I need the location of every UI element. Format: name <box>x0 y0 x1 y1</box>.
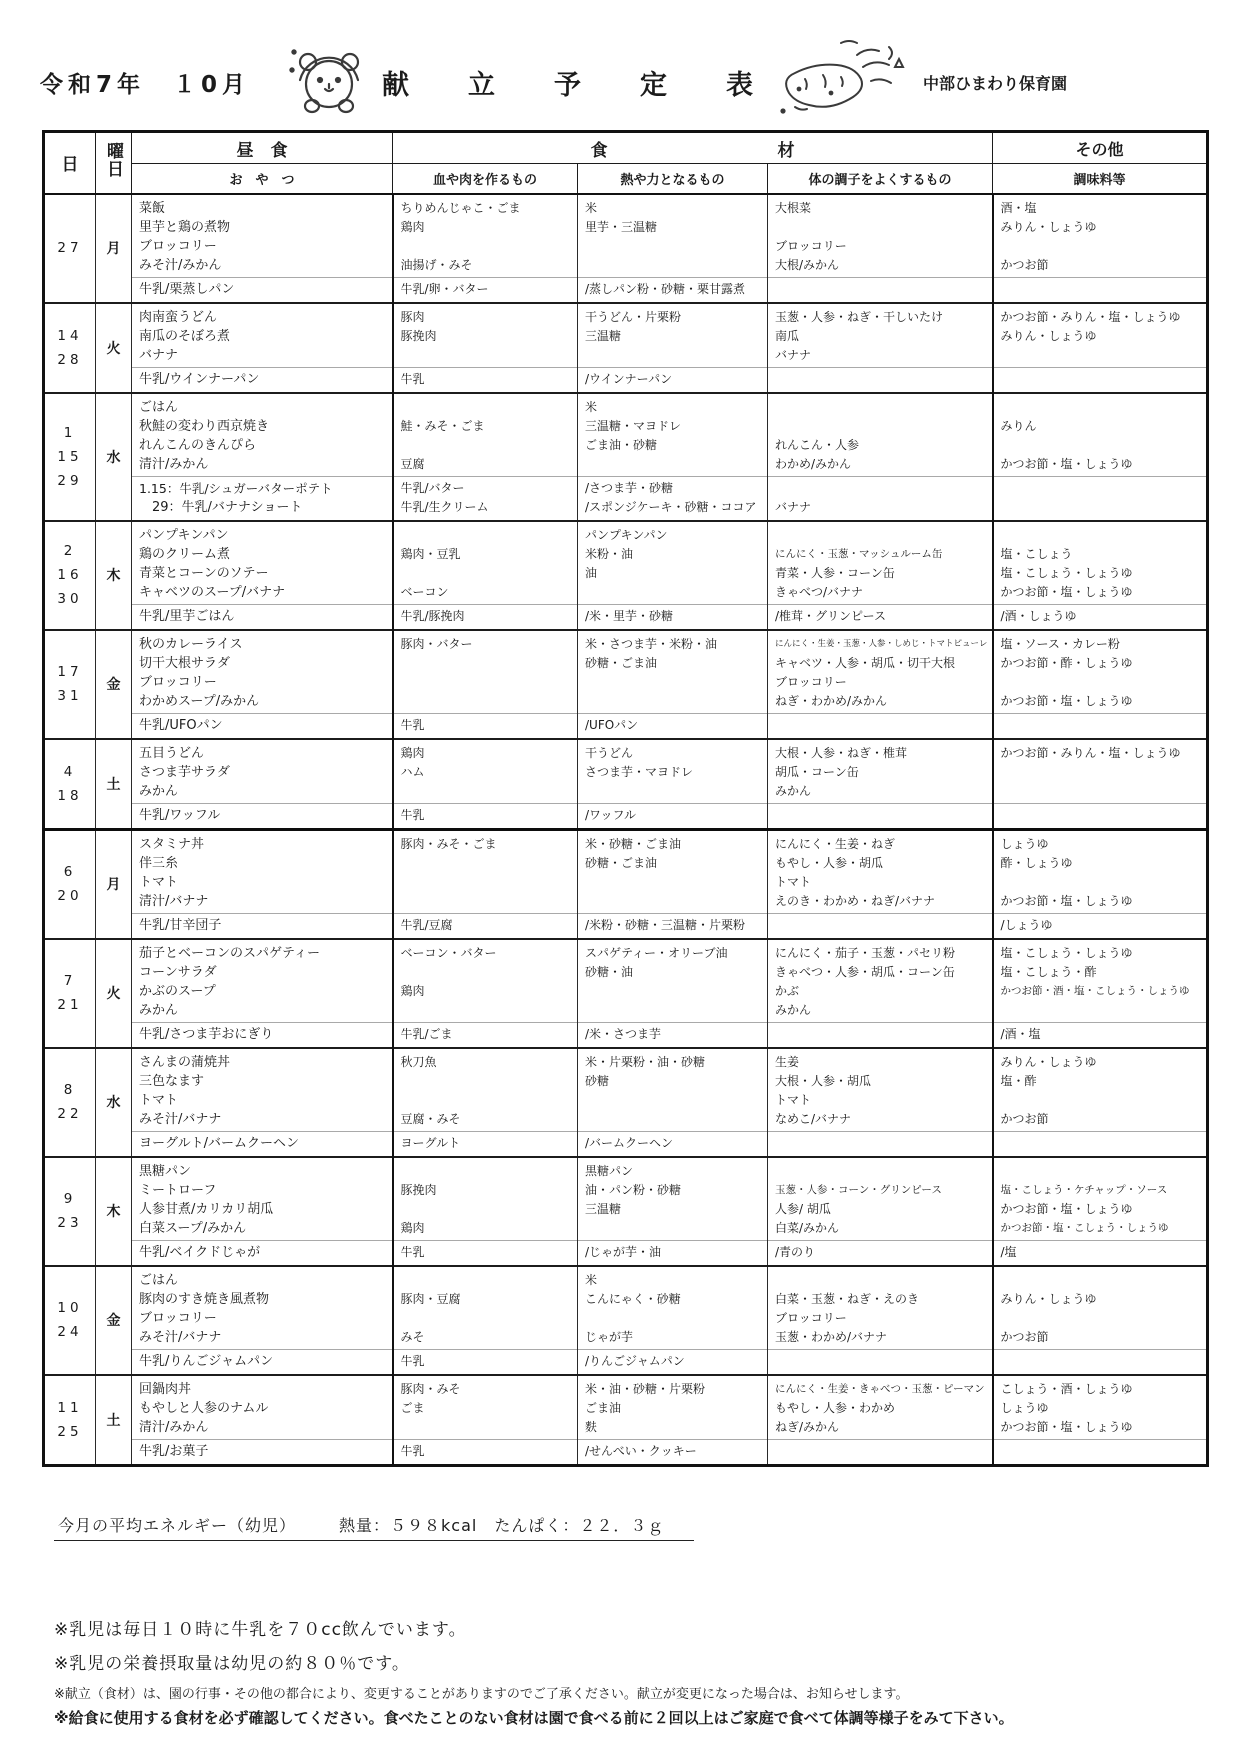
energy-cell: スパゲティー・オリーブ油砂糖・油 <box>578 939 768 1023</box>
cell-line <box>401 1072 575 1091</box>
weekday-cell: 月 <box>96 194 132 303</box>
cell-line: 牛乳/お菓子 <box>139 1442 389 1461</box>
cell-line: みかん <box>775 1001 989 1020</box>
vitamin-cell: れんこん・人参わかめ/みかん <box>768 393 993 477</box>
cell-line: /青のり <box>775 1243 989 1262</box>
footer-notes: ※乳児は毎日１０時に牛乳を７０cc飲んでいます。 ※乳児の栄養摂取量は幼児の約８… <box>54 1615 1204 1728</box>
cell-line: かつお節・酒・塩・こしょう・しょうゆ <box>1001 982 1204 1001</box>
cell-line: /じゃが芋・油 <box>585 1243 764 1262</box>
protein-cell: 豚肉・バター <box>393 630 578 714</box>
col-header-snack: お や つ <box>132 164 393 194</box>
cell-line: 南瓜 <box>775 327 989 346</box>
col-header-energy: 熱や力となるもの <box>578 164 768 194</box>
cell-line: 塩・こしょう <box>1001 545 1204 564</box>
cell-line: にんにく・生姜・きゃべつ・玉葱・ピーマン <box>775 1380 989 1399</box>
snack-protein-cell: 牛乳 <box>393 1349 578 1375</box>
cell-line: /バームクーヘン <box>585 1134 764 1153</box>
cell-line: ベーコン <box>401 583 575 602</box>
cell-line: こしょう・酒・しょうゆ <box>1001 1380 1204 1399</box>
cell-line <box>1001 1442 1204 1461</box>
cell-line <box>1001 526 1204 545</box>
snack-seasoning-cell <box>993 476 1208 521</box>
col-header-vitamin: 体の調子をよくするもの <box>768 164 993 194</box>
menu-cell: 肉南蛮うどん南瓜のそぼろ煮バナナ <box>132 303 393 368</box>
cell-line <box>1001 479 1204 498</box>
cell-line: 豚挽肉 <box>401 327 575 346</box>
seasoning-cell: みりん・しょうゆ塩・酢かつお節 <box>993 1048 1208 1132</box>
cell-line: 油揚げ・みそ <box>401 256 575 275</box>
cell-line: みりん・しょうゆ <box>1001 1290 1204 1309</box>
energy-cell: 米・油・砂糖・片栗粉ごま油麩 <box>578 1375 768 1440</box>
cell-line: かぶのスープ <box>139 982 389 1001</box>
snack-vitamin-cell <box>768 913 993 939</box>
cell-line: 豚肉・豆腐 <box>401 1290 575 1309</box>
note-menu-change: ※献立（食材）は、園の行事・その他の都合により、変更することがありますのでご了承… <box>54 1683 1204 1702</box>
day-row-snack: 牛乳/甘辛団子牛乳/豆腐/米粉・砂糖・三温糖・片栗粉/しょうゆ <box>44 913 1208 939</box>
date-cell: 27 <box>44 194 96 303</box>
cell-line <box>1001 1352 1204 1371</box>
menu-table-body: 27月菜飯里芋と鶏の煮物ブロッコリーみそ汁/みかんちりめんじゃこ・ごま鶏肉油揚げ… <box>44 194 1208 1466</box>
cell-line <box>1001 237 1204 256</box>
snack-protein-cell: 牛乳/ごま <box>393 1022 578 1048</box>
menu-cell: 秋のカレーライス切干大根サラダブロッコリーわかめスープ/みかん <box>132 630 393 714</box>
cell-line: 黒糖パン <box>585 1162 764 1181</box>
cell-line: 切干大根サラダ <box>139 654 389 673</box>
cell-line: 塩・こしょう・しょうゆ <box>1001 564 1204 583</box>
energy-cell: パンプキンパン米粉・油油 <box>578 521 768 605</box>
cell-line: れんこん・人参 <box>775 436 989 455</box>
cell-line: こんにゃく・砂糖 <box>585 1290 764 1309</box>
cell-line: 白菜/みかん <box>775 1219 989 1238</box>
seasoning-cell: 塩・こしょう・ケチャップ・ソースかつお節・塩・しょうゆかつお節・塩・こしょう・し… <box>993 1157 1208 1241</box>
cell-line: 五目うどん <box>139 744 389 763</box>
col-header-lunch: 昼 食 <box>132 132 393 164</box>
cell-line: 米・さつま芋・米粉・油 <box>585 635 764 654</box>
cell-line: /ウインナーパン <box>585 370 764 389</box>
cell-line: さつま芋サラダ <box>139 763 389 782</box>
cell-line: 人参甘煮/カリカリ胡瓜 <box>139 1200 389 1219</box>
snack-menu-cell: 牛乳/さつま芋おにぎり <box>132 1022 393 1048</box>
cell-line: /蒸しパン粉・砂糖・栗甘露煮 <box>585 280 764 299</box>
snack-seasoning-cell: /酒・しょうゆ <box>993 604 1208 630</box>
vitamin-cell: にんにく・生姜・ねぎもやし・人参・胡瓜トマトえのき・わかめ・ねぎ/バナナ <box>768 829 993 913</box>
cell-line: 肉南蛮うどん <box>139 308 389 327</box>
cell-line: にんにく・茄子・玉葱・パセリ粉 <box>775 944 989 963</box>
cell-line: パンプキンパン <box>585 526 764 545</box>
note-infant-nutrition: ※乳児の栄養摂取量は幼児の約８０％です。 <box>54 1649 1204 1674</box>
cell-line: 大根/みかん <box>775 256 989 275</box>
cell-line: みかん <box>139 782 389 801</box>
cell-line: ミートローフ <box>139 1181 389 1200</box>
protein-cell: 豚肉・みそごま <box>393 1375 578 1440</box>
cell-line: 塩・ソース・カレー粉 <box>1001 635 1204 654</box>
cell-line: かつお節 <box>1001 256 1204 275</box>
seasoning-cell: かつお節・みりん・塩・しょうゆみりん・しょうゆ <box>993 303 1208 368</box>
cell-line: 清汁/バナナ <box>139 892 389 911</box>
cell-line <box>775 370 989 389</box>
cell-line <box>401 1271 575 1290</box>
cell-line: 砂糖・ごま油 <box>585 654 764 673</box>
vitamin-cell: 大根菜ブロッコリー大根/みかん <box>768 194 993 278</box>
cell-line <box>1001 398 1204 417</box>
snack-menu-cell: 牛乳/ワッフル <box>132 803 393 829</box>
date-cell: 17 31 <box>44 630 96 739</box>
snack-seasoning-cell: /しょうゆ <box>993 913 1208 939</box>
snack-vitamin-cell <box>768 713 993 739</box>
date-cell: 14 28 <box>44 303 96 393</box>
snack-energy-cell: /さつま芋・砂糖/スポンジケーキ・砂糖・ココア <box>578 476 768 521</box>
cell-line: みかん <box>775 782 989 801</box>
cell-line: 清汁/みかん <box>139 455 389 474</box>
cell-line: /酒・塩 <box>1001 1025 1204 1044</box>
cell-line <box>1001 1162 1204 1181</box>
cell-line: 米 <box>585 398 764 417</box>
cell-line <box>775 716 989 735</box>
protein-cell: 鶏肉ハム <box>393 739 578 804</box>
col-header-ingredients: 食 材 <box>393 132 993 164</box>
menu-cell: 五目うどんさつま芋サラダみかん <box>132 739 393 804</box>
cell-line: 回鍋肉丼 <box>139 1380 389 1399</box>
cell-line: 牛乳/栗蒸しパン <box>139 280 389 299</box>
weekday-cell: 金 <box>96 1266 132 1375</box>
cell-line: 大根菜 <box>775 199 989 218</box>
cell-line: ブロッコリー <box>139 1309 389 1328</box>
snack-vitamin-cell: /青のり <box>768 1240 993 1266</box>
cell-line: ヨーグルト/バームクーヘン <box>139 1134 389 1153</box>
cell-line <box>775 526 989 545</box>
cell-line: 秋鮭の変わり西京焼き <box>139 417 389 436</box>
seasoning-cell: かつお節・みりん・塩・しょうゆ <box>993 739 1208 804</box>
cell-line: 鶏肉 <box>401 218 575 237</box>
day-row-main: 10 24金ごはん豚肉のすき焼き風煮物ブロッコリーみそ汁/バナナ豚肉・豆腐みそ米… <box>44 1266 1208 1350</box>
cell-line: 青菜・人参・コーン缶 <box>775 564 989 583</box>
snack-protein-cell: ヨーグルト <box>393 1131 578 1157</box>
cell-line: ヨーグルト <box>401 1134 575 1153</box>
cell-line: 玉葱・わかめ/バナナ <box>775 1328 989 1347</box>
snack-seasoning-cell: /塩 <box>993 1240 1208 1266</box>
cell-line: みそ <box>401 1328 575 1347</box>
day-row-snack: 牛乳/UFOパン牛乳/UFOパン <box>44 713 1208 739</box>
cell-line <box>1001 280 1204 299</box>
cell-line <box>775 398 989 417</box>
cell-line: 牛乳 <box>401 806 575 825</box>
vitamin-cell: にんにく・玉葱・マッシュルーム缶青菜・人参・コーン缶きゃべつ/バナナ <box>768 521 993 605</box>
cell-line <box>1001 873 1204 892</box>
day-row-main: 8 22水さんまの蒲焼丼三色なますトマトみそ汁/バナナ秋刀魚豆腐・みそ米・片栗粉… <box>44 1048 1208 1132</box>
cell-line: スタミナ丼 <box>139 835 389 854</box>
menu-cell: ごはん秋鮭の変わり西京焼きれんこんのきんぴら清汁/みかん <box>132 393 393 477</box>
cell-line: みそ汁/みかん <box>139 256 389 275</box>
date-cell: 1 15 29 <box>44 393 96 521</box>
cell-line: 牛乳/里芋ごはん <box>139 607 389 626</box>
seasoning-cell: みりん・しょうゆかつお節 <box>993 1266 1208 1350</box>
protein-cell: 鮭・みそ・ごま豆腐 <box>393 393 578 477</box>
snack-seasoning-cell <box>993 1349 1208 1375</box>
cell-line <box>775 280 989 299</box>
snack-protein-cell: 牛乳 <box>393 713 578 739</box>
weekday-cell: 火 <box>96 939 132 1048</box>
cell-line: 牛乳/ベイクドじゃが <box>139 1243 389 1262</box>
cell-line: ベーコン・バター <box>401 944 575 963</box>
snack-vitamin-cell <box>768 367 993 393</box>
cell-line: きゃべつ・人参・胡瓜・コーン缶 <box>775 963 989 982</box>
day-row-snack: 牛乳/ワッフル牛乳/ワッフル <box>44 803 1208 829</box>
cell-line: 砂糖・ごま油 <box>585 854 764 873</box>
cell-line: 塩・こしょう・ケチャップ・ソース <box>1001 1181 1204 1200</box>
cell-line: もやし・人参・わかめ <box>775 1399 989 1418</box>
col-header-other: その他 <box>993 132 1208 164</box>
table-header: 日 曜日 昼 食 食 材 その他 お や つ 血や肉を作るもの 熱や力となるもの… <box>44 132 1208 194</box>
cell-line: もやしと人参のナムル <box>139 1399 389 1418</box>
snack-vitamin-cell <box>768 1022 993 1048</box>
cell-line: 油 <box>585 564 764 583</box>
cell-line: みりん・しょうゆ <box>1001 218 1204 237</box>
page-title: 献 立 予 定 表 <box>382 63 769 102</box>
cell-line: じゃが芋 <box>585 1328 764 1347</box>
vitamin-cell: 白菜・玉葱・ねぎ・えのきブロッコリー玉葱・わかめ/バナナ <box>768 1266 993 1350</box>
day-row-snack: ヨーグルト/バームクーヘンヨーグルト/バームクーヘン <box>44 1131 1208 1157</box>
snack-seasoning-cell <box>993 803 1208 829</box>
snack-seasoning-cell <box>993 1131 1208 1157</box>
cell-line: ごはん <box>139 1271 389 1290</box>
cell-line: 豚肉・みそ <box>401 1380 575 1399</box>
day-row-main: 4 18土五目うどんさつま芋サラダみかん鶏肉ハム干うどんさつま芋・マヨドレ大根・… <box>44 739 1208 804</box>
snack-menu-cell: 牛乳/UFOパン <box>132 713 393 739</box>
cell-line: 鮭・みそ・ごま <box>401 417 575 436</box>
cell-line: 牛乳/UFOパン <box>139 716 389 735</box>
snack-menu-cell: ヨーグルト/バームクーヘン <box>132 1131 393 1157</box>
cell-line: 三温糖 <box>585 327 764 346</box>
cell-line: 牛乳/ウインナーパン <box>139 370 389 389</box>
cell-line: にんにく・生姜・玉葱・人参・しめじ・トマトピューレ <box>775 635 989 654</box>
school-name: 中部ひまわり保育園 <box>923 71 1067 94</box>
cell-line: みりん・しょうゆ <box>1001 1053 1204 1072</box>
protein-cell: 豚肉・みそ・ごま <box>393 829 578 913</box>
cell-line: さんまの蒲焼丼 <box>139 1053 389 1072</box>
cell-line: 豚肉 <box>401 308 575 327</box>
cell-line: 里芋と鶏の煮物 <box>139 218 389 237</box>
cell-line: ブロッコリー <box>775 237 989 256</box>
menu-cell: ごはん豚肉のすき焼き風煮物ブロッコリーみそ汁/バナナ <box>132 1266 393 1350</box>
menu-plan-page: 令和7年 １0月 献 立 予 定 表 <box>0 0 1240 1728</box>
cell-line <box>401 436 575 455</box>
day-row-snack: 1.15：牛乳/シュガーバターポテト 29：牛乳/バナナショート牛乳/バター牛乳… <box>44 476 1208 521</box>
protein-cell: 秋刀魚豆腐・みそ <box>393 1048 578 1132</box>
cell-line: 大根・人参・ねぎ・椎茸 <box>775 744 989 763</box>
cell-line: 牛乳 <box>401 1442 575 1461</box>
date-cell: 7 21 <box>44 939 96 1048</box>
cell-line: /さつま芋・砂糖 <box>585 479 764 498</box>
snack-protein-cell: 牛乳/バター牛乳/生クリーム <box>393 476 578 521</box>
snack-menu-cell: 牛乳/りんごジャムパン <box>132 1349 393 1375</box>
menu-cell: さんまの蒲焼丼三色なますトマトみそ汁/バナナ <box>132 1048 393 1132</box>
date-cell: 11 25 <box>44 1375 96 1466</box>
cell-line: 南瓜のそぼろ煮 <box>139 327 389 346</box>
cell-line: 牛乳/豆腐 <box>401 916 575 935</box>
snack-protein-cell: 牛乳 <box>393 367 578 393</box>
cell-line: 酢・しょうゆ <box>1001 854 1204 873</box>
cell-line: 塩・こしょう・酢 <box>1001 963 1204 982</box>
cell-line: 牛乳 <box>401 1243 575 1262</box>
date-label: 令和7年 １0月 <box>40 66 250 99</box>
cell-line <box>775 1025 989 1044</box>
snack-seasoning-cell <box>993 277 1208 303</box>
cell-line: 牛乳/りんごジャムパン <box>139 1352 389 1371</box>
cell-line: 米 <box>585 199 764 218</box>
cell-line: しょうゆ <box>1001 1399 1204 1418</box>
vitamin-cell: 大根・人参・ねぎ・椎茸胡瓜・コーン缶みかん <box>768 739 993 804</box>
snack-energy-cell: /りんごジャムパン <box>578 1349 768 1375</box>
cell-line: 豚挽肉 <box>401 1181 575 1200</box>
cell-line: コーンサラダ <box>139 963 389 982</box>
cell-line: スパゲティー・オリーブ油 <box>585 944 764 963</box>
cell-line: かつお節 <box>1001 1110 1204 1129</box>
cell-line: 1.15：牛乳/シュガーバターポテト <box>139 479 389 498</box>
energy-cell: 干うどん・片栗粉三温糖 <box>578 303 768 368</box>
cell-line <box>775 1134 989 1153</box>
cell-line <box>401 237 575 256</box>
protein-cell: 豚肉豚挽肉 <box>393 303 578 368</box>
cell-line: 三温糖・マヨドレ <box>585 417 764 436</box>
protein-cell: ちりめんじゃこ・ごま鶏肉油揚げ・みそ <box>393 194 578 278</box>
cell-line: ねぎ・わかめ/みかん <box>775 692 989 711</box>
menu-cell: スタミナ丼伴三糸トマト清汁/バナナ <box>132 829 393 913</box>
cell-line: みそ汁/バナナ <box>139 1328 389 1347</box>
cell-line: 白菜スープ/みかん <box>139 1219 389 1238</box>
cell-line <box>775 1442 989 1461</box>
cell-line <box>1001 1134 1204 1153</box>
protein-cell: 豚肉・豆腐みそ <box>393 1266 578 1350</box>
cell-line: かつお節・塩・しょうゆ <box>1001 892 1204 911</box>
cell-line: 大根・人参・胡瓜 <box>775 1072 989 1091</box>
cell-line: 油・パン粉・砂糖 <box>585 1181 764 1200</box>
cell-line: 豚肉・みそ・ごま <box>401 835 575 854</box>
weekday-cell: 火 <box>96 303 132 393</box>
cell-line: 牛乳/卵・バター <box>401 280 575 299</box>
cell-line: 青菜とコーンのソテー <box>139 564 389 583</box>
cell-line: トマト <box>775 873 989 892</box>
col-header-weekday: 曜日 <box>96 132 132 194</box>
energy-cell: 米・片栗粉・油・砂糖砂糖 <box>578 1048 768 1132</box>
day-row-snack: 牛乳/里芋ごはん牛乳/豚挽肉/米・里芋・砂糖/椎茸・グリンピース/酒・しょうゆ <box>44 604 1208 630</box>
day-row-main: 17 31金秋のカレーライス切干大根サラダブロッコリーわかめスープ/みかん豚肉・… <box>44 630 1208 714</box>
snack-protein-cell: 牛乳/豚挽肉 <box>393 604 578 630</box>
cell-line <box>1001 370 1204 389</box>
cell-line: 秋のカレーライス <box>139 635 389 654</box>
cell-line: 牛乳/甘辛団子 <box>139 916 389 935</box>
protein-cell: ベーコン・バター鶏肉 <box>393 939 578 1023</box>
cell-line <box>775 916 989 935</box>
seasoning-cell: しょうゆ酢・しょうゆかつお節・塩・しょうゆ <box>993 829 1208 913</box>
energy-cell: 干うどんさつま芋・マヨドレ <box>578 739 768 804</box>
cell-line: 鶏肉 <box>401 1219 575 1238</box>
vitamin-cell: 生姜大根・人参・胡瓜トマトなめこ/バナナ <box>768 1048 993 1132</box>
cell-line: /ワッフル <box>585 806 764 825</box>
cell-line: /UFOパン <box>585 716 764 735</box>
protein-cell: 鶏肉・豆乳ベーコン <box>393 521 578 605</box>
cell-line: かぶ <box>775 982 989 1001</box>
cell-line <box>1001 806 1204 825</box>
day-row-main: 6 20月スタミナ丼伴三糸トマト清汁/バナナ豚肉・みそ・ごま米・砂糖・ごま油砂糖… <box>44 829 1208 913</box>
cell-line: 干うどん・片栗粉 <box>585 308 764 327</box>
cell-line: 酒・塩 <box>1001 199 1204 218</box>
cell-line: 胡瓜・コーン缶 <box>775 763 989 782</box>
cell-line: もやし・人参・胡瓜 <box>775 854 989 873</box>
cell-line: トマト <box>775 1091 989 1110</box>
energy-cell: 米里芋・三温糖 <box>578 194 768 278</box>
page-header: 令和7年 １0月 献 立 予 定 表 <box>40 40 1204 124</box>
date-cell: 2 16 30 <box>44 521 96 630</box>
col-header-weekday-label: 曜日 <box>101 142 126 178</box>
average-energy-line: 今月の平均エネルギー（幼児） 熱量：５９８kcal たんぱく：２２．３ｇ <box>54 1513 694 1541</box>
snack-energy-cell: /UFOパン <box>578 713 768 739</box>
cell-line: パンプキンパン <box>139 526 389 545</box>
cell-line: /酒・しょうゆ <box>1001 607 1204 626</box>
day-row-main: 1 15 29水ごはん秋鮭の変わり西京焼きれんこんのきんぴら清汁/みかん鮭・みそ… <box>44 393 1208 477</box>
cell-line: 米粉・油 <box>585 545 764 564</box>
cell-line: かつお節・塩・こしょう・しょうゆ <box>1001 1219 1204 1238</box>
cell-line: 牛乳 <box>401 1352 575 1371</box>
cell-line: ブロッコリー <box>775 673 989 692</box>
day-row-main: 11 25土回鍋肉丼もやしと人参のナムル清汁/みかん豚肉・みそごま米・油・砂糖・… <box>44 1375 1208 1440</box>
cell-line: 人参/ 胡瓜 <box>775 1200 989 1219</box>
energy-cell: 米・砂糖・ごま油砂糖・ごま油 <box>578 829 768 913</box>
snack-vitamin-cell <box>768 803 993 829</box>
snack-energy-cell: /蒸しパン粉・砂糖・栗甘露煮 <box>578 277 768 303</box>
col-header-protein: 血や肉を作るもの <box>393 164 578 194</box>
snack-menu-cell: 牛乳/ウインナーパン <box>132 367 393 393</box>
cell-line: きゃべつ/バナナ <box>775 583 989 602</box>
menu-table: 日 曜日 昼 食 食 材 その他 お や つ 血や肉を作るもの 熱や力となるもの… <box>42 130 1209 1467</box>
day-row-main: 7 21火茄子とベーコンのスパゲティーコーンサラダかぶのスープみかんベーコン・バ… <box>44 939 1208 1023</box>
vitamin-cell: にんにく・茄子・玉葱・パセリ粉きゃべつ・人参・胡瓜・コーン缶かぶみかん <box>768 939 993 1023</box>
cell-line: ブロッコリー <box>139 673 389 692</box>
cell-line: かつお節・みりん・塩・しょうゆ <box>1001 308 1204 327</box>
date-cell: 9 23 <box>44 1157 96 1266</box>
cell-line: 米・砂糖・ごま油 <box>585 835 764 854</box>
cell-line: /米粉・砂糖・三温糖・片栗粉 <box>585 916 764 935</box>
energy-cell: 米三温糖・マヨドレごま油・砂糖 <box>578 393 768 477</box>
cell-line: 砂糖・油 <box>585 963 764 982</box>
snack-vitamin-cell <box>768 277 993 303</box>
cell-line: わかめ/みかん <box>775 455 989 474</box>
snack-menu-cell: 牛乳/甘辛団子 <box>132 913 393 939</box>
cell-line: 米 <box>585 1271 764 1290</box>
cell-line: さつま芋・マヨドレ <box>585 763 764 782</box>
snack-protein-cell: 牛乳/豆腐 <box>393 913 578 939</box>
protein-cell: 豚挽肉鶏肉 <box>393 1157 578 1241</box>
snack-menu-cell: 牛乳/栗蒸しパン <box>132 277 393 303</box>
cell-line: ねぎ/みかん <box>775 1418 989 1437</box>
snack-protein-cell: 牛乳 <box>393 1439 578 1465</box>
cell-line: 茄子とベーコンのスパゲティー <box>139 944 389 963</box>
vitamin-cell: 玉葱・人参・コーン・グリンピース人参/ 胡瓜白菜/みかん <box>768 1157 993 1241</box>
cell-line: 伴三糸 <box>139 854 389 873</box>
cell-line: 牛乳/豚挽肉 <box>401 607 575 626</box>
snack-protein-cell: 牛乳 <box>393 803 578 829</box>
cell-line: ごはん <box>139 398 389 417</box>
snack-energy-cell: /バームクーヘン <box>578 1131 768 1157</box>
cell-line: キャベツのスープ/バナナ <box>139 583 389 602</box>
cell-line: 玉葱・人参・コーン・グリンピース <box>775 1181 989 1200</box>
snack-protein-cell: 牛乳 <box>393 1240 578 1266</box>
cell-line: 黒糖パン <box>139 1162 389 1181</box>
date-cell: 4 18 <box>44 739 96 830</box>
menu-cell: 菜飯里芋と鶏の煮物ブロッコリーみそ汁/みかん <box>132 194 393 278</box>
cell-line: 塩・こしょう・しょうゆ <box>1001 944 1204 963</box>
cell-line <box>775 1271 989 1290</box>
cell-line <box>1001 673 1204 692</box>
